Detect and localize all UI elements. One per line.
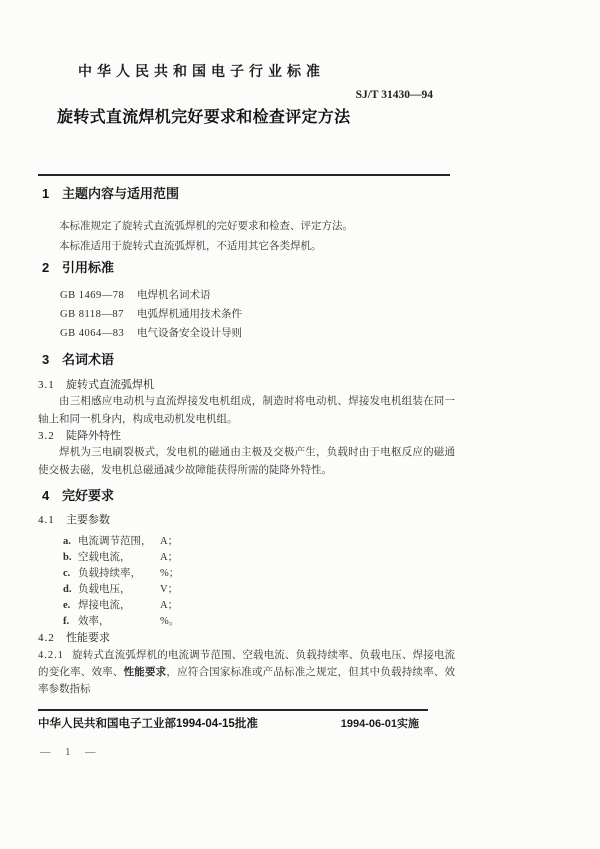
- clause-3-2-paragraph: 焊机为三电刷裂极式，发电机的磁通由主极及交极产生，负载时由于电枢反应的磁通使交极…: [38, 444, 455, 480]
- section-1-number: 1: [42, 186, 62, 202]
- parameter-item: f. 效率， %。: [38, 614, 455, 630]
- header-divider-rule: [38, 174, 450, 176]
- page-content: 中华人民共和国电子行业标准 SJ/T 31430—94 旋转式直流焊机完好要求和…: [38, 0, 455, 759]
- section-2-title: 引用标准: [62, 260, 114, 276]
- approval-statement: 中华人民共和国电子工业部1994-04-15批准: [38, 717, 258, 731]
- standard-title: 电弧焊机通用技术条件: [137, 305, 242, 324]
- section-4-title: 完好要求: [62, 488, 114, 504]
- standard-title: 电焊机名词术语: [137, 286, 211, 305]
- clause-3-1-title: 旋转式直流弧焊机: [66, 377, 154, 393]
- parameter-item: d. 负载电压， V；: [38, 582, 455, 598]
- standard-code: GB 4064—83: [60, 324, 137, 343]
- parameter-unit: A；: [160, 534, 178, 550]
- standard-title: 电气设备安全设计导则: [137, 324, 242, 343]
- section-2-number: 2: [42, 260, 62, 276]
- parameter-item: b. 空载电流， A；: [38, 550, 455, 566]
- section-1-title: 主题内容与适用范围: [62, 186, 179, 202]
- parameter-unit: A；: [160, 598, 178, 614]
- standard-number: SJ/T 31430—94: [38, 88, 455, 102]
- page-number: — 1 —: [40, 747, 455, 759]
- item-marker: b.: [63, 550, 78, 566]
- clause-4-1-title: 主要参数: [66, 512, 110, 528]
- referenced-standard-row: GB 8118—87 电弧焊机通用技术条件: [38, 305, 455, 324]
- issuing-authority-line: 中华人民共和国电子行业标准: [78, 63, 455, 79]
- parameter-name: 焊接电流，: [78, 598, 160, 614]
- item-marker: e.: [63, 598, 78, 614]
- clause-3-1-paragraph: 由三相感应电动机与直流焊接发电机组成，制造时将电动机、焊接发电机组装在同一轴上和…: [38, 393, 455, 429]
- implementation-date: 1994-06-01实施: [341, 717, 419, 731]
- parameter-unit: V；: [160, 582, 178, 598]
- clause-3-2-heading: 3.2 陡降外特性: [38, 428, 455, 444]
- section-1-paragraph: 本标准适用于旋转式直流弧焊机，不适用其它各类焊机。: [38, 237, 455, 257]
- parameter-unit: A；: [160, 550, 178, 566]
- item-marker: a.: [63, 534, 78, 550]
- section-3-heading: 3 名词术语: [38, 352, 455, 368]
- referenced-standard-row: GB 1469—78 电焊机名词术语: [38, 286, 455, 305]
- parameter-item: e. 焊接电流， A；: [38, 598, 455, 614]
- clause-3-1-heading: 3.1 旋转式直流弧焊机: [38, 377, 455, 393]
- document-title: 旋转式直流焊机完好要求和检查评定方法: [57, 108, 455, 128]
- item-marker: c.: [63, 566, 78, 582]
- standard-code: GB 8118—87: [60, 305, 137, 324]
- clause-4-2-heading: 4.2 性能要求: [38, 630, 455, 646]
- section-4-heading: 4 完好要求: [38, 488, 455, 504]
- clause-3-1-number: 3.1: [38, 377, 66, 393]
- referenced-standard-row: GB 4064—83 电气设备安全设计导则: [38, 324, 455, 343]
- clause-4-1-number: 4.1: [38, 512, 66, 528]
- clause-4-2-1-text-emphasis: 性能要求: [124, 667, 167, 678]
- standard-code: GB 1469—78: [60, 286, 137, 305]
- section-3-number: 3: [42, 352, 62, 368]
- parameter-name: 负载电压，: [78, 582, 160, 598]
- item-marker: f.: [63, 614, 78, 630]
- section-1-heading: 1 主题内容与适用范围: [38, 186, 455, 202]
- parameter-name: 效率，: [78, 614, 160, 630]
- main-parameters-list: a. 电流调节范围， A； b. 空载电流， A； c. 负载持续率， %； d…: [38, 534, 455, 630]
- parameter-name: 负载持续率，: [78, 566, 160, 582]
- parameter-name: 电流调节范围，: [78, 534, 160, 550]
- section-1-paragraph: 本标准规定了旋转式直流弧焊机的完好要求和检查、评定方法。: [38, 217, 455, 237]
- parameter-name: 空载电流，: [78, 550, 160, 566]
- referenced-standards-list: GB 1469—78 电焊机名词术语 GB 8118—87 电弧焊机通用技术条件…: [38, 286, 455, 343]
- section-3-title: 名词术语: [62, 352, 114, 368]
- parameter-unit: %。: [160, 614, 179, 630]
- parameter-item: c. 负载持续率， %；: [38, 566, 455, 582]
- clause-3-2-number: 3.2: [38, 428, 66, 444]
- footer: 中华人民共和国电子工业部1994-04-15批准 1994-06-01实施: [38, 717, 455, 731]
- parameter-item: a. 电流调节范围， A；: [38, 534, 455, 550]
- section-2-heading: 2 引用标准: [38, 260, 455, 276]
- clause-4-2-1-paragraph: 4.2.1旋转式直流弧焊机的电流调节范围、空载电流、负载持续率、负载电压、焊接电…: [38, 647, 455, 698]
- clause-4-2-1-number: 4.2.1: [38, 650, 72, 661]
- clause-4-2-number: 4.2: [38, 630, 66, 646]
- parameter-unit: %；: [160, 566, 179, 582]
- item-marker: d.: [63, 582, 78, 598]
- scanned-standard-page: 中华人民共和国电子行业标准 SJ/T 31430—94 旋转式直流焊机完好要求和…: [0, 0, 600, 849]
- section-4-number: 4: [42, 488, 62, 504]
- footer-divider-rule: [38, 709, 428, 711]
- clause-3-2-title: 陡降外特性: [66, 428, 121, 444]
- clause-4-1-heading: 4.1 主要参数: [38, 512, 455, 528]
- clause-4-2-title: 性能要求: [66, 630, 110, 646]
